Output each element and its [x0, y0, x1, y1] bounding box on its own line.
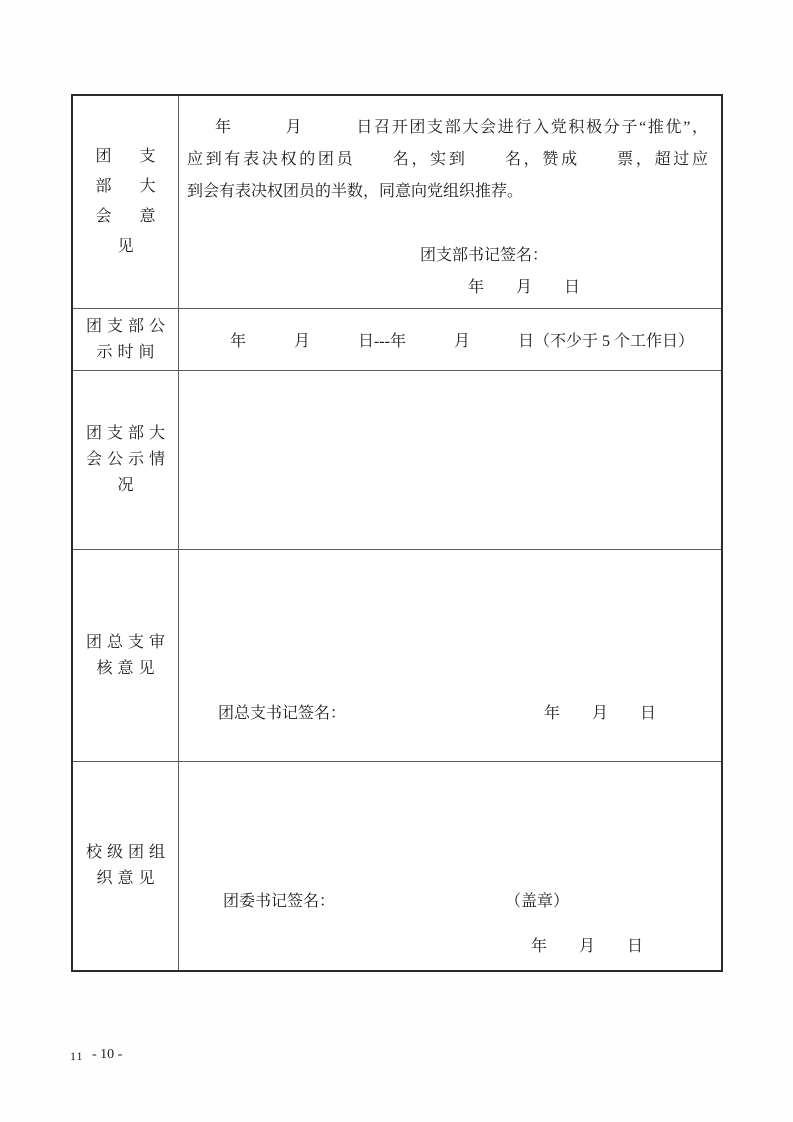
publicity-period-blank-line: 年 月 日---年 月 日（不少于 5 个工作日） [179, 309, 721, 370]
row-label-line: 织意见 [91, 866, 159, 892]
row-label-line: 示时间 [91, 340, 159, 366]
row-label-publicity-status: 团支部大 会公示情 况 [73, 371, 179, 550]
row-label-general-branch-review: 团总支审 核意见 [73, 550, 179, 762]
seal-placeholder-label: （盖章） [505, 885, 569, 918]
branch-secretary-signature-label: 团支部书记签名： [420, 240, 721, 272]
row-label-line: 会公示情 [81, 447, 170, 473]
meeting-paragraph-line: 到会有表决权团员的半数，同意向党组织推荐。 [179, 176, 721, 208]
row-label-publicity-period: 团支部公 示时间 [73, 309, 179, 371]
page-number: - 10 - [92, 1047, 122, 1062]
row-label-line: 团 支 [89, 142, 161, 172]
row-label-line: 核意见 [91, 656, 159, 682]
league-committee-secretary-signature-label: 团委书记签名： [223, 885, 335, 918]
date-blank-line: 年 月 日 [468, 272, 721, 304]
row-label-line: 况 [112, 473, 138, 499]
general-branch-review-cell: 团总支书记签名： 年 月 日 [179, 550, 721, 762]
date-blank-line: 年 月 日 [544, 697, 656, 730]
row-label-university-league-opinion: 校级团组 织意见 [73, 762, 179, 970]
meeting-paragraph-line: 年 月 日召开团支部大会进行入党积极分子“推优”， [179, 112, 721, 144]
row-label-line: 团支部公 [81, 314, 170, 340]
date-blank-line: 年 月 日 [531, 930, 643, 963]
general-branch-secretary-signature-label: 团总支书记签名： [218, 697, 346, 730]
row-label-line: 校级团组 [81, 840, 170, 866]
publicity-status-empty-cell [179, 371, 721, 550]
branch-meeting-opinion-cell: 年 月 日召开团支部大会进行入党积极分子“推优”， 应到有表决权的团员 名，实到… [179, 96, 721, 309]
row-label-line: 部 大 [89, 172, 161, 202]
document-page: 团 支 部 大 会 意 见 年 月 日召开团支部大会进行入党积极分子“推优”， … [0, 0, 793, 1122]
recommendation-form-table: 团 支 部 大 会 意 见 年 月 日召开团支部大会进行入党积极分子“推优”， … [71, 94, 723, 972]
row-label-line: 见 [111, 232, 139, 262]
row-label-line: 团总支审 [81, 630, 170, 656]
footer-note: 11 [70, 1050, 84, 1062]
university-league-opinion-cell: 团委书记签名： （盖章） 年 月 日 [179, 762, 721, 970]
meeting-paragraph-line: 应到有表决权的团员 名，实到 名，赞成 票，超过应 [179, 144, 721, 176]
row-label-line: 会 意 [89, 202, 161, 232]
row-label-line: 团支部大 [81, 421, 170, 447]
general-branch-signature-row: 团总支书记签名： 年 月 日 [179, 697, 721, 730]
row-label-branch-meeting-opinion: 团 支 部 大 会 意 见 [73, 96, 179, 309]
publicity-period-cell: 年 月 日---年 月 日（不少于 5 个工作日） [179, 309, 721, 371]
